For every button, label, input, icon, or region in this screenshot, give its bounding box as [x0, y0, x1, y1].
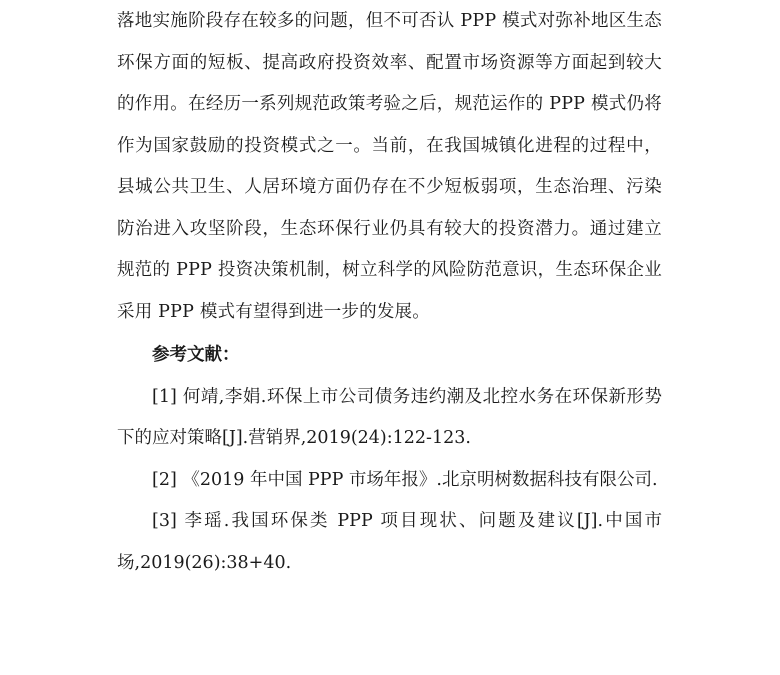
- reference-item-3: [3] 李瑶.我国环保类 PPP 项目现状、问题及建议[J].中国市场,2019…: [117, 501, 662, 584]
- references-heading: 参考文献：: [117, 335, 662, 377]
- reference-item-1: [1] 何靖,李娟.环保上市公司债务违约潮及北控水务在环保新形势下的应对策略[J…: [117, 377, 662, 460]
- body-paragraph: 落地实施阶段存在较多的问题，但不可否认 PPP 模式对弥补地区生态环保方面的短板…: [117, 1, 662, 333]
- document-page: 落地实施阶段存在较多的问题，但不可否认 PPP 模式对弥补地区生态环保方面的短板…: [117, 1, 662, 584]
- reference-item-2: [2] 《2019 年中国 PPP 市场年报》.北京明树数据科技有限公司.: [117, 460, 662, 502]
